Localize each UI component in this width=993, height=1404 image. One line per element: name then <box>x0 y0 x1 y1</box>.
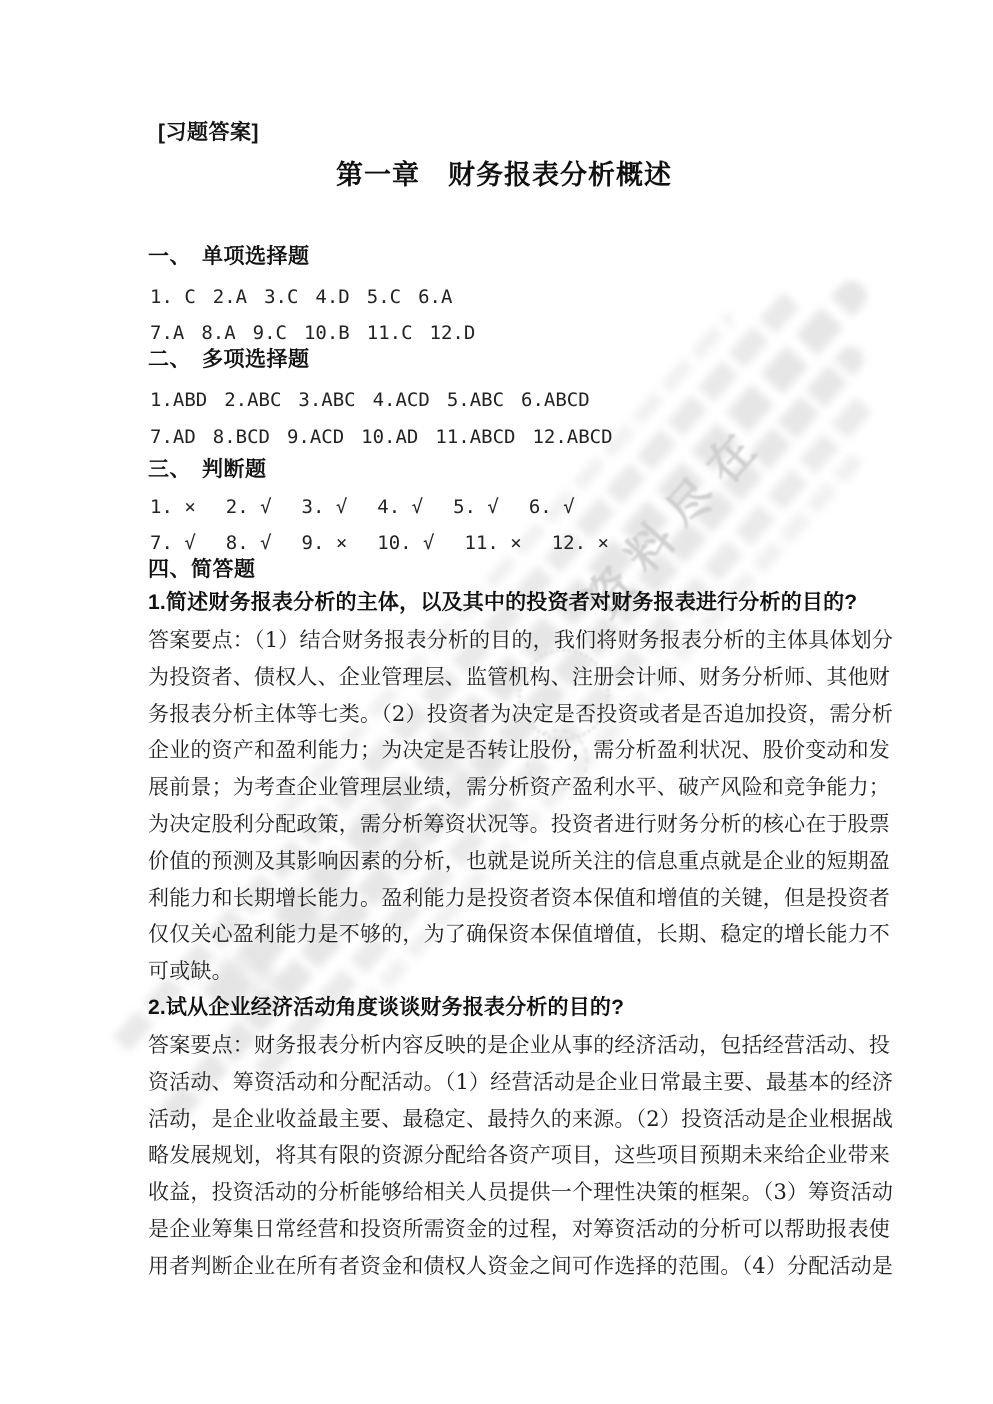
answers-tag: [习题答案] <box>158 118 259 148</box>
paragraph-line: 价值的预测及其影响因素的分析，也就是说所关注的信息重点就是企业的短期盈 <box>148 843 862 880</box>
document-page: 资料尽在 资料尽在 [习题答案] 第一章 财务报表分析概述 一、 单项选择题 1… <box>0 0 993 1404</box>
question-2-answer-paragraph: 答案要点：财务报表分析内容反映的是企业从事的经济活动，包括经营活动、投资活动、筹… <box>148 1027 862 1285</box>
paragraph-line: 企业的资产和盈利能力；为决定是否转让股份，需分析盈利状况、股价变动和发 <box>148 732 862 769</box>
paragraph-line: 资活动、筹资活动和分配活动。（1）经营活动是企业日常最主要、最基本的经济 <box>148 1064 862 1101</box>
answer-item: 11.C <box>367 322 413 344</box>
answer-item: 12.ABCD <box>532 426 612 448</box>
answer-item: 9. × <box>302 532 348 554</box>
paragraph-line: 为决定股利分配政策，需分析筹资状况等。投资者进行财务分析的核心在于股票 <box>148 806 862 843</box>
section-heading-multiple-choice: 二、 多项选择题 <box>148 346 310 374</box>
answer-item: 7.AD <box>150 426 196 448</box>
true-false-answers-row-1: 1. ×2. √3. √4. √5. √6. √ <box>150 493 605 521</box>
answer-item: 7.A <box>150 322 184 344</box>
answer-item: 10. √ <box>377 532 434 554</box>
answer-item: 2.A <box>213 286 247 308</box>
answer-item: 7. √ <box>150 532 196 554</box>
multiple-choice-answers-row-2: 7.AD8.BCD9.ACD10.AD11.ABCD12.ABCD <box>150 423 630 451</box>
paragraph-line: 答案要点：（1）结合财务报表分析的目的，我们将财务报表分析的主体具体划分 <box>148 622 862 659</box>
paragraph-line: 仅仅关心盈利能力是不够的，为了确保资本保值增值，长期、稳定的增长能力不 <box>148 916 862 953</box>
answer-item: 1.ABD <box>150 389 207 411</box>
paragraph-line: 答案要点：财务报表分析内容反映的是企业从事的经济活动，包括经营活动、投 <box>148 1027 862 1064</box>
single-choice-answers-row-2: 7.A8.A9.C10.B11.C12.D <box>150 319 492 347</box>
paragraph-line: 用者判断企业在所有者资金和债权人资金之间可作选择的范围。（4）分配活动是 <box>148 1248 862 1285</box>
answer-item: 4. √ <box>377 496 423 518</box>
true-false-answers-row-2: 7. √8. √9. ×10. √11. ×12. × <box>150 529 639 557</box>
single-choice-answers-row-1: 1. C2.A3.C4.D5.C6.A <box>150 283 469 311</box>
answer-item: 5. √ <box>453 496 499 518</box>
page-content: [习题答案] 第一章 财务报表分析概述 一、 单项选择题 1. C2.A3.C4… <box>148 0 860 1404</box>
paragraph-line: 活动，是企业收益最主要、最稳定、最持久的来源。（2）投资活动是企业根据战 <box>148 1101 862 1138</box>
answer-item: 2. √ <box>226 496 272 518</box>
answer-item: 3. √ <box>302 496 348 518</box>
answer-item: 5.ABC <box>447 389 504 411</box>
answer-item: 9.ACD <box>287 426 344 448</box>
answer-item: 8.BCD <box>213 426 270 448</box>
section-heading-true-false: 三、 判断题 <box>148 456 267 484</box>
answer-item: 6.ABCD <box>521 389 590 411</box>
paragraph-line: 为投资者、债权人、企业管理层、监管机构、注册会计师、财务分析师、其他财 <box>148 659 862 696</box>
question-1-answer-paragraph: 答案要点：（1）结合财务报表分析的目的，我们将财务报表分析的主体具体划分为投资者… <box>148 622 862 990</box>
answer-item: 6.A <box>418 286 452 308</box>
answer-item: 4.ACD <box>373 389 430 411</box>
answer-item: 1. × <box>150 496 196 518</box>
answer-item: 10.B <box>304 322 350 344</box>
answer-item: 2.ABC <box>224 389 281 411</box>
answer-item: 6. √ <box>529 496 575 518</box>
section-heading-single-choice: 一、 单项选择题 <box>148 243 310 271</box>
section-heading-short-answer: 四、简答题 <box>148 556 256 584</box>
question-2-title: 2.试从企业经济活动角度谈谈财务报表分析的目的? <box>148 994 860 1022</box>
answer-item: 1. C <box>150 286 196 308</box>
answer-item: 3.C <box>264 286 298 308</box>
answer-item: 3.ABC <box>298 389 355 411</box>
paragraph-line: 略发展规划，将其有限的资源分配给各资产项目，这些项目预期未来给企业带来 <box>148 1137 862 1174</box>
answer-item: 5.C <box>367 286 401 308</box>
paragraph-line: 务报表分析主体等七类。（2）投资者为决定是否投资或者是否追加投资，需分析 <box>148 696 862 733</box>
answer-item: 12.D <box>430 322 476 344</box>
paragraph-line: 收益，投资活动的分析能够给相关人员提供一个理性决策的框架。（3）筹资活动 <box>148 1174 862 1211</box>
answer-item: 12. × <box>552 532 609 554</box>
paragraph-line: 展前景；为考查企业管理层业绩，需分析资产盈利水平、破产风险和竞争能力； <box>148 769 862 806</box>
chapter-title: 第一章 财务报表分析概述 <box>148 156 860 196</box>
answer-item: 11. × <box>465 532 522 554</box>
answer-item: 8.A <box>201 322 235 344</box>
paragraph-line: 是企业筹集日常经营和投资所需资金的过程，对筹资活动的分析可以帮助报表使 <box>148 1211 862 1248</box>
question-1-title: 1.简述财务报表分析的主体，以及其中的投资者对财务报表进行分析的目的? <box>148 589 860 617</box>
paragraph-line: 利能力和长期增长能力。盈利能力是投资者资本保值和增值的关键，但是投资者 <box>148 880 862 917</box>
answer-item: 8. √ <box>226 532 272 554</box>
answer-item: 4.D <box>315 286 349 308</box>
multiple-choice-answers-row-1: 1.ABD2.ABC3.ABC4.ACD5.ABC6.ABCD <box>150 386 607 414</box>
answer-item: 10.AD <box>361 426 418 448</box>
paragraph-line: 可或缺。 <box>148 953 862 990</box>
answer-item: 9.C <box>253 322 287 344</box>
answer-item: 11.ABCD <box>435 426 515 448</box>
